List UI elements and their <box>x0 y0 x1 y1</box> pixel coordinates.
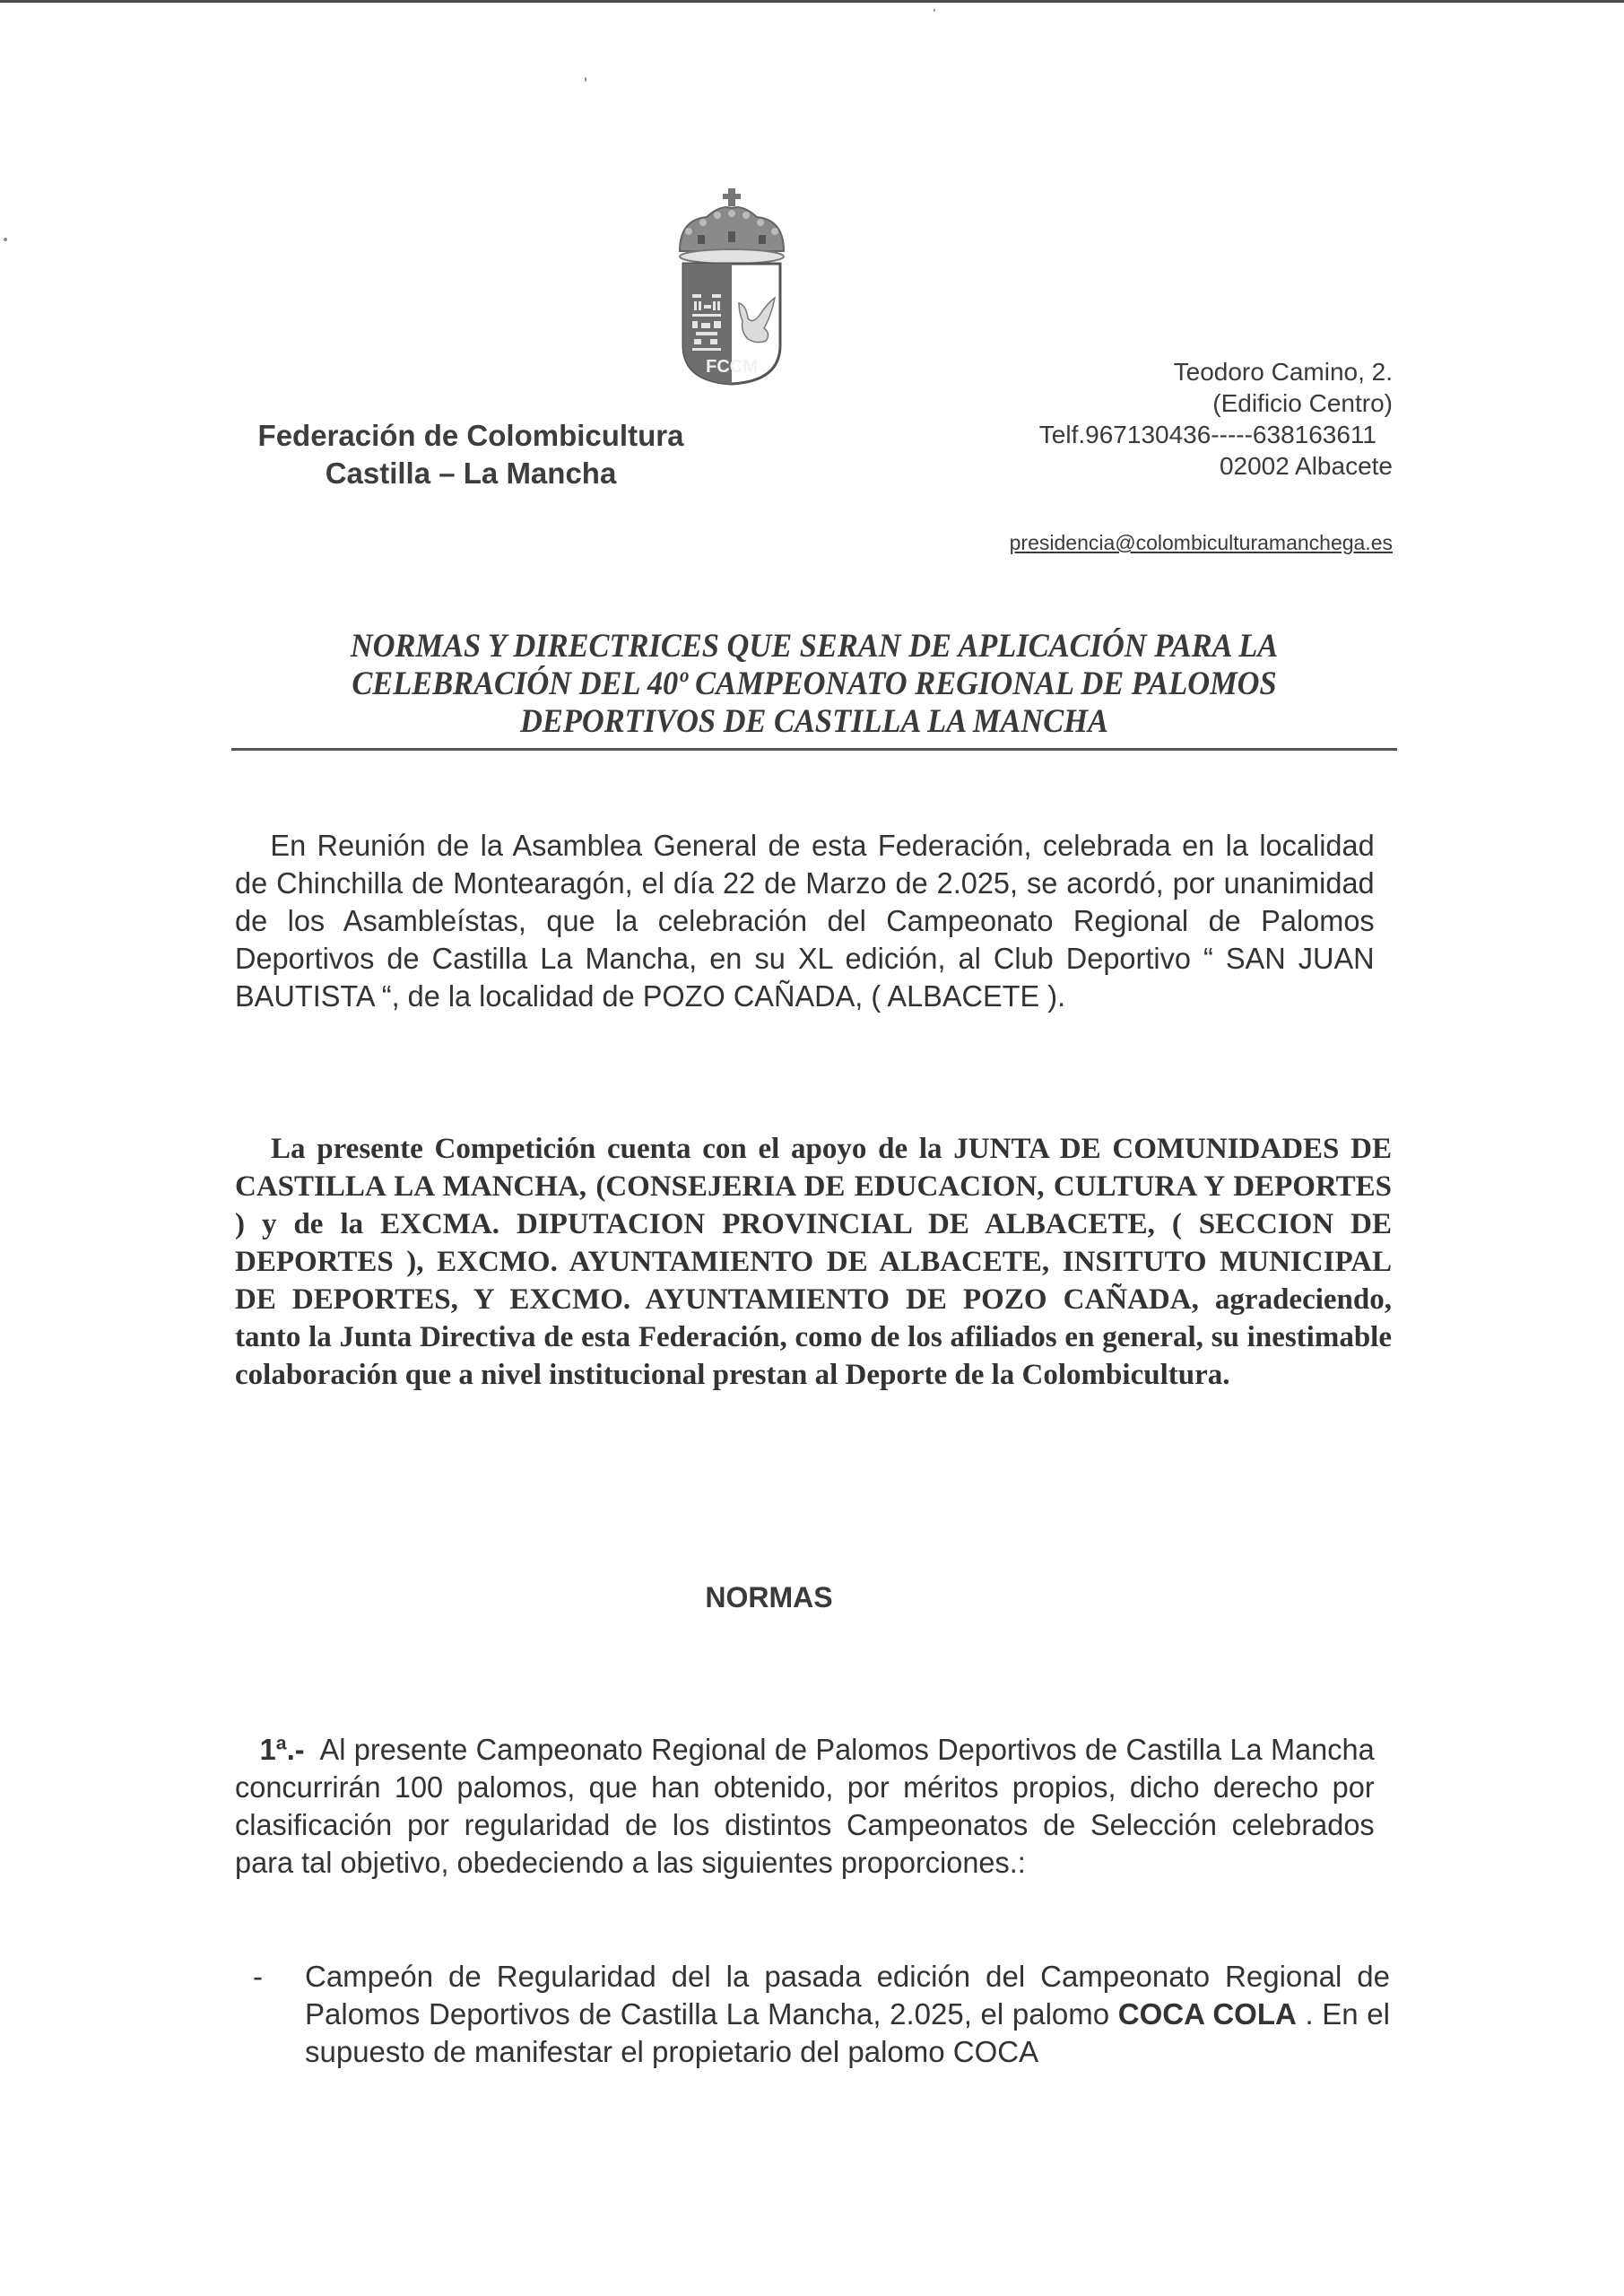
title-line3: DEPORTIVOS DE CASTILLA LA MANCHA <box>273 703 1357 741</box>
intro-paragraph: En Reunión de la Asamblea General de est… <box>235 827 1375 1015</box>
federation-name-line2: Castilla – La Mancha <box>229 455 713 492</box>
section-heading-normas: NORMAS <box>0 1581 1624 1614</box>
pigeon-name: COCA COLA <box>1118 1997 1297 2031</box>
section-heading-text: NORMAS <box>705 1581 832 1613</box>
scan-speck <box>4 238 7 241</box>
svg-text:FCCM: FCCM <box>706 357 758 377</box>
intro-paragraph-text: En Reunión de la Asamblea General de est… <box>235 829 1375 1013</box>
rule-text: Al presente Campeonato Regional de Palom… <box>235 1733 1375 1879</box>
title-divider <box>231 748 1397 751</box>
federation-name: Federación de Colombicultura Castilla – … <box>229 417 713 492</box>
title-line2: CELEBRACIÓN DEL 40º CAMPEONATO REGIONAL … <box>273 665 1357 703</box>
scan-speck <box>934 9 935 12</box>
rule-1: 1ª.- Al presente Campeonato Regional de … <box>235 1731 1375 1882</box>
federation-name-line1: Federación de Colombicultura <box>229 417 713 455</box>
address-city: 02002 Albacete <box>855 450 1393 482</box>
title-line1: NORMAS Y DIRECTRICES QUE SERAN DE APLICA… <box>273 628 1357 665</box>
rule-number: 1ª.- <box>260 1733 305 1766</box>
list-item-text: Campeón de Regularidad del la pasada edi… <box>305 1958 1390 2071</box>
address-block: Teodoro Camino, 2. (Edificio Centro) Tel… <box>855 356 1393 482</box>
email-link[interactable]: presidencia@colombiculturamanchega.es <box>1010 531 1393 555</box>
phone-numbers: Telf.967130436-----638163611 <box>855 419 1376 450</box>
support-paragraph-text: La presente Competición cuenta con el ap… <box>235 1133 1392 1391</box>
support-paragraph: La presente Competición cuenta con el ap… <box>235 1130 1392 1394</box>
document-page: FCCM Federación de Colombicultura Castil… <box>0 0 1624 2296</box>
document-title: NORMAS Y DIRECTRICES QUE SERAN DE APLICA… <box>273 628 1357 741</box>
scan-speck <box>585 77 586 82</box>
address-building: (Edificio Centro) <box>855 387 1393 419</box>
federation-crest-icon: FCCM <box>671 188 793 386</box>
address-street: Teodoro Camino, 2. <box>855 356 1393 387</box>
bullet-dash: - <box>253 1958 263 1996</box>
top-edge-rule <box>0 0 1624 3</box>
